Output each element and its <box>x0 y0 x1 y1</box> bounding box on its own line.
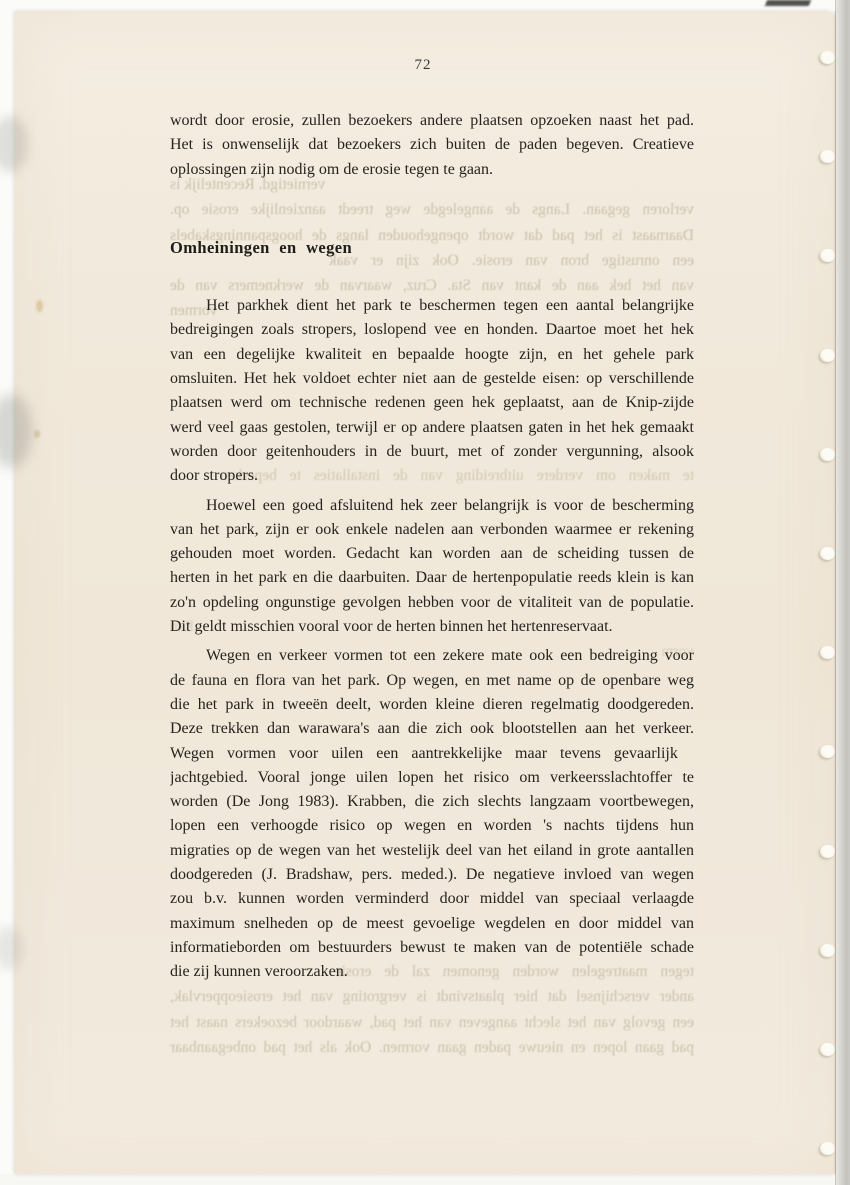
page-body-text: wordt door erosie, zullen bezoekers ande… <box>170 109 694 985</box>
text-line: worden (De Jong 1983). Krabben, die zich… <box>170 790 694 814</box>
page-number: 72 <box>393 57 453 74</box>
punch-hole <box>820 547 835 560</box>
punch-hole <box>820 1142 835 1155</box>
text-line: bedreigingen zoals stropers, loslopend v… <box>170 318 694 342</box>
text-line: werd veel gaas gestolen, terwijl er op a… <box>170 416 694 440</box>
paragraph: Het parkhek dient het park te beschermen… <box>170 294 694 488</box>
section-heading: Omheiningen en wegen <box>170 236 694 260</box>
punch-hole <box>820 249 835 262</box>
text-line: door stropers. <box>170 464 694 488</box>
punch-hole <box>820 150 835 163</box>
text-line: maximum snelheden op de meest gevoelige … <box>170 912 694 936</box>
scanner-margin-left <box>0 0 14 1185</box>
scanner-margin-bottom <box>0 1174 850 1185</box>
punch-hole <box>820 745 835 758</box>
paragraph: Wegen en verkeer vormen tot een zekere m… <box>170 644 694 984</box>
text-line: wordt door erosie, zullen bezoekers ande… <box>170 109 694 133</box>
text-line: worden door geitenhouders in de buurt, m… <box>170 440 694 464</box>
text-line: Het parkhek dient het park te beschermen… <box>170 294 694 318</box>
paper-speck <box>34 430 40 438</box>
bleed-line: pad gaan lopen en nieuwe paden gaan vorm… <box>170 1035 694 1060</box>
text-line: omsluiten. Het hek voldoet echter niet a… <box>170 367 694 391</box>
text-line: plaatsen werd om technische redenen geen… <box>170 391 694 415</box>
punch-hole <box>820 51 835 64</box>
text-line: Wegen en verkeer vormen tot een zekere m… <box>170 644 694 668</box>
scan-corner-artifact <box>765 0 811 6</box>
text-line: Hoewel een goed afsluitend hek zeer bela… <box>170 494 694 518</box>
paper-sheet: 72 vernietigd. Recentelijk isverloren ge… <box>14 11 836 1174</box>
text-line: lopen een verhoogde risico op wegen en w… <box>170 814 694 838</box>
scanned-document-page: 72 vernietigd. Recentelijk isverloren ge… <box>0 0 850 1185</box>
punch-hole <box>820 349 835 362</box>
text-line: jachtgebied. Vooral jonge uilen lopen he… <box>170 766 694 790</box>
text-line: informatieborden om bestuurders bewust t… <box>170 936 694 960</box>
text-line: Wegen vormen voor uilen een aantrekkelij… <box>170 742 694 766</box>
paragraph: wordt door erosie, zullen bezoekers ande… <box>170 109 694 182</box>
text-line: die zij kunnen veroorzaken. <box>170 960 694 984</box>
text-line: zou b.v. kunnen worden verminderd door m… <box>170 887 694 911</box>
text-line: van een degelijke kwaliteit en bepaalde … <box>170 343 694 367</box>
text-line: herten in het park en die daarbuiten. Da… <box>170 566 694 590</box>
bleed-line: een gevolg van het slecht aangeven van h… <box>170 1010 694 1035</box>
paragraph: Hoewel een goed afsluitend hek zeer bela… <box>170 494 694 640</box>
scan-right-edge <box>836 0 850 1185</box>
text-line: die het park in tweeën deelt, worden kle… <box>170 693 694 717</box>
punch-hole <box>820 1043 835 1056</box>
text-line: van het park, zijn er ook enkele nadelen… <box>170 518 694 542</box>
punch-hole <box>820 646 835 659</box>
text-line: Deze trekken dan warawara's aan die zich… <box>170 717 694 741</box>
punch-hole <box>820 944 835 957</box>
paper-speck <box>36 300 43 312</box>
bleed-line: ander verschijnsel dat hier plaatsvindt … <box>170 984 694 1009</box>
text-line: Dit geldt misschien vooral voor de herte… <box>170 615 694 639</box>
punch-hole <box>820 448 835 461</box>
scanner-margin-top <box>0 0 850 11</box>
text-line: oplossingen zijn nodig om de erosie tege… <box>170 158 694 182</box>
text-line: doodgereden (J. Bradshaw, pers. meded.).… <box>170 863 694 887</box>
text-line: Het is onwenselijk dat bezoekers zich bu… <box>170 133 694 157</box>
text-line: gehouden moet worden. Gedacht kan worden… <box>170 542 694 566</box>
text-line: de fauna en flora van het park. Op wegen… <box>170 669 694 693</box>
text-line: zo'n opdeling ongunstige gevolgen hebben… <box>170 591 694 615</box>
text-line: migraties op de wegen van het westelijk … <box>170 839 694 863</box>
punch-hole <box>820 845 835 858</box>
